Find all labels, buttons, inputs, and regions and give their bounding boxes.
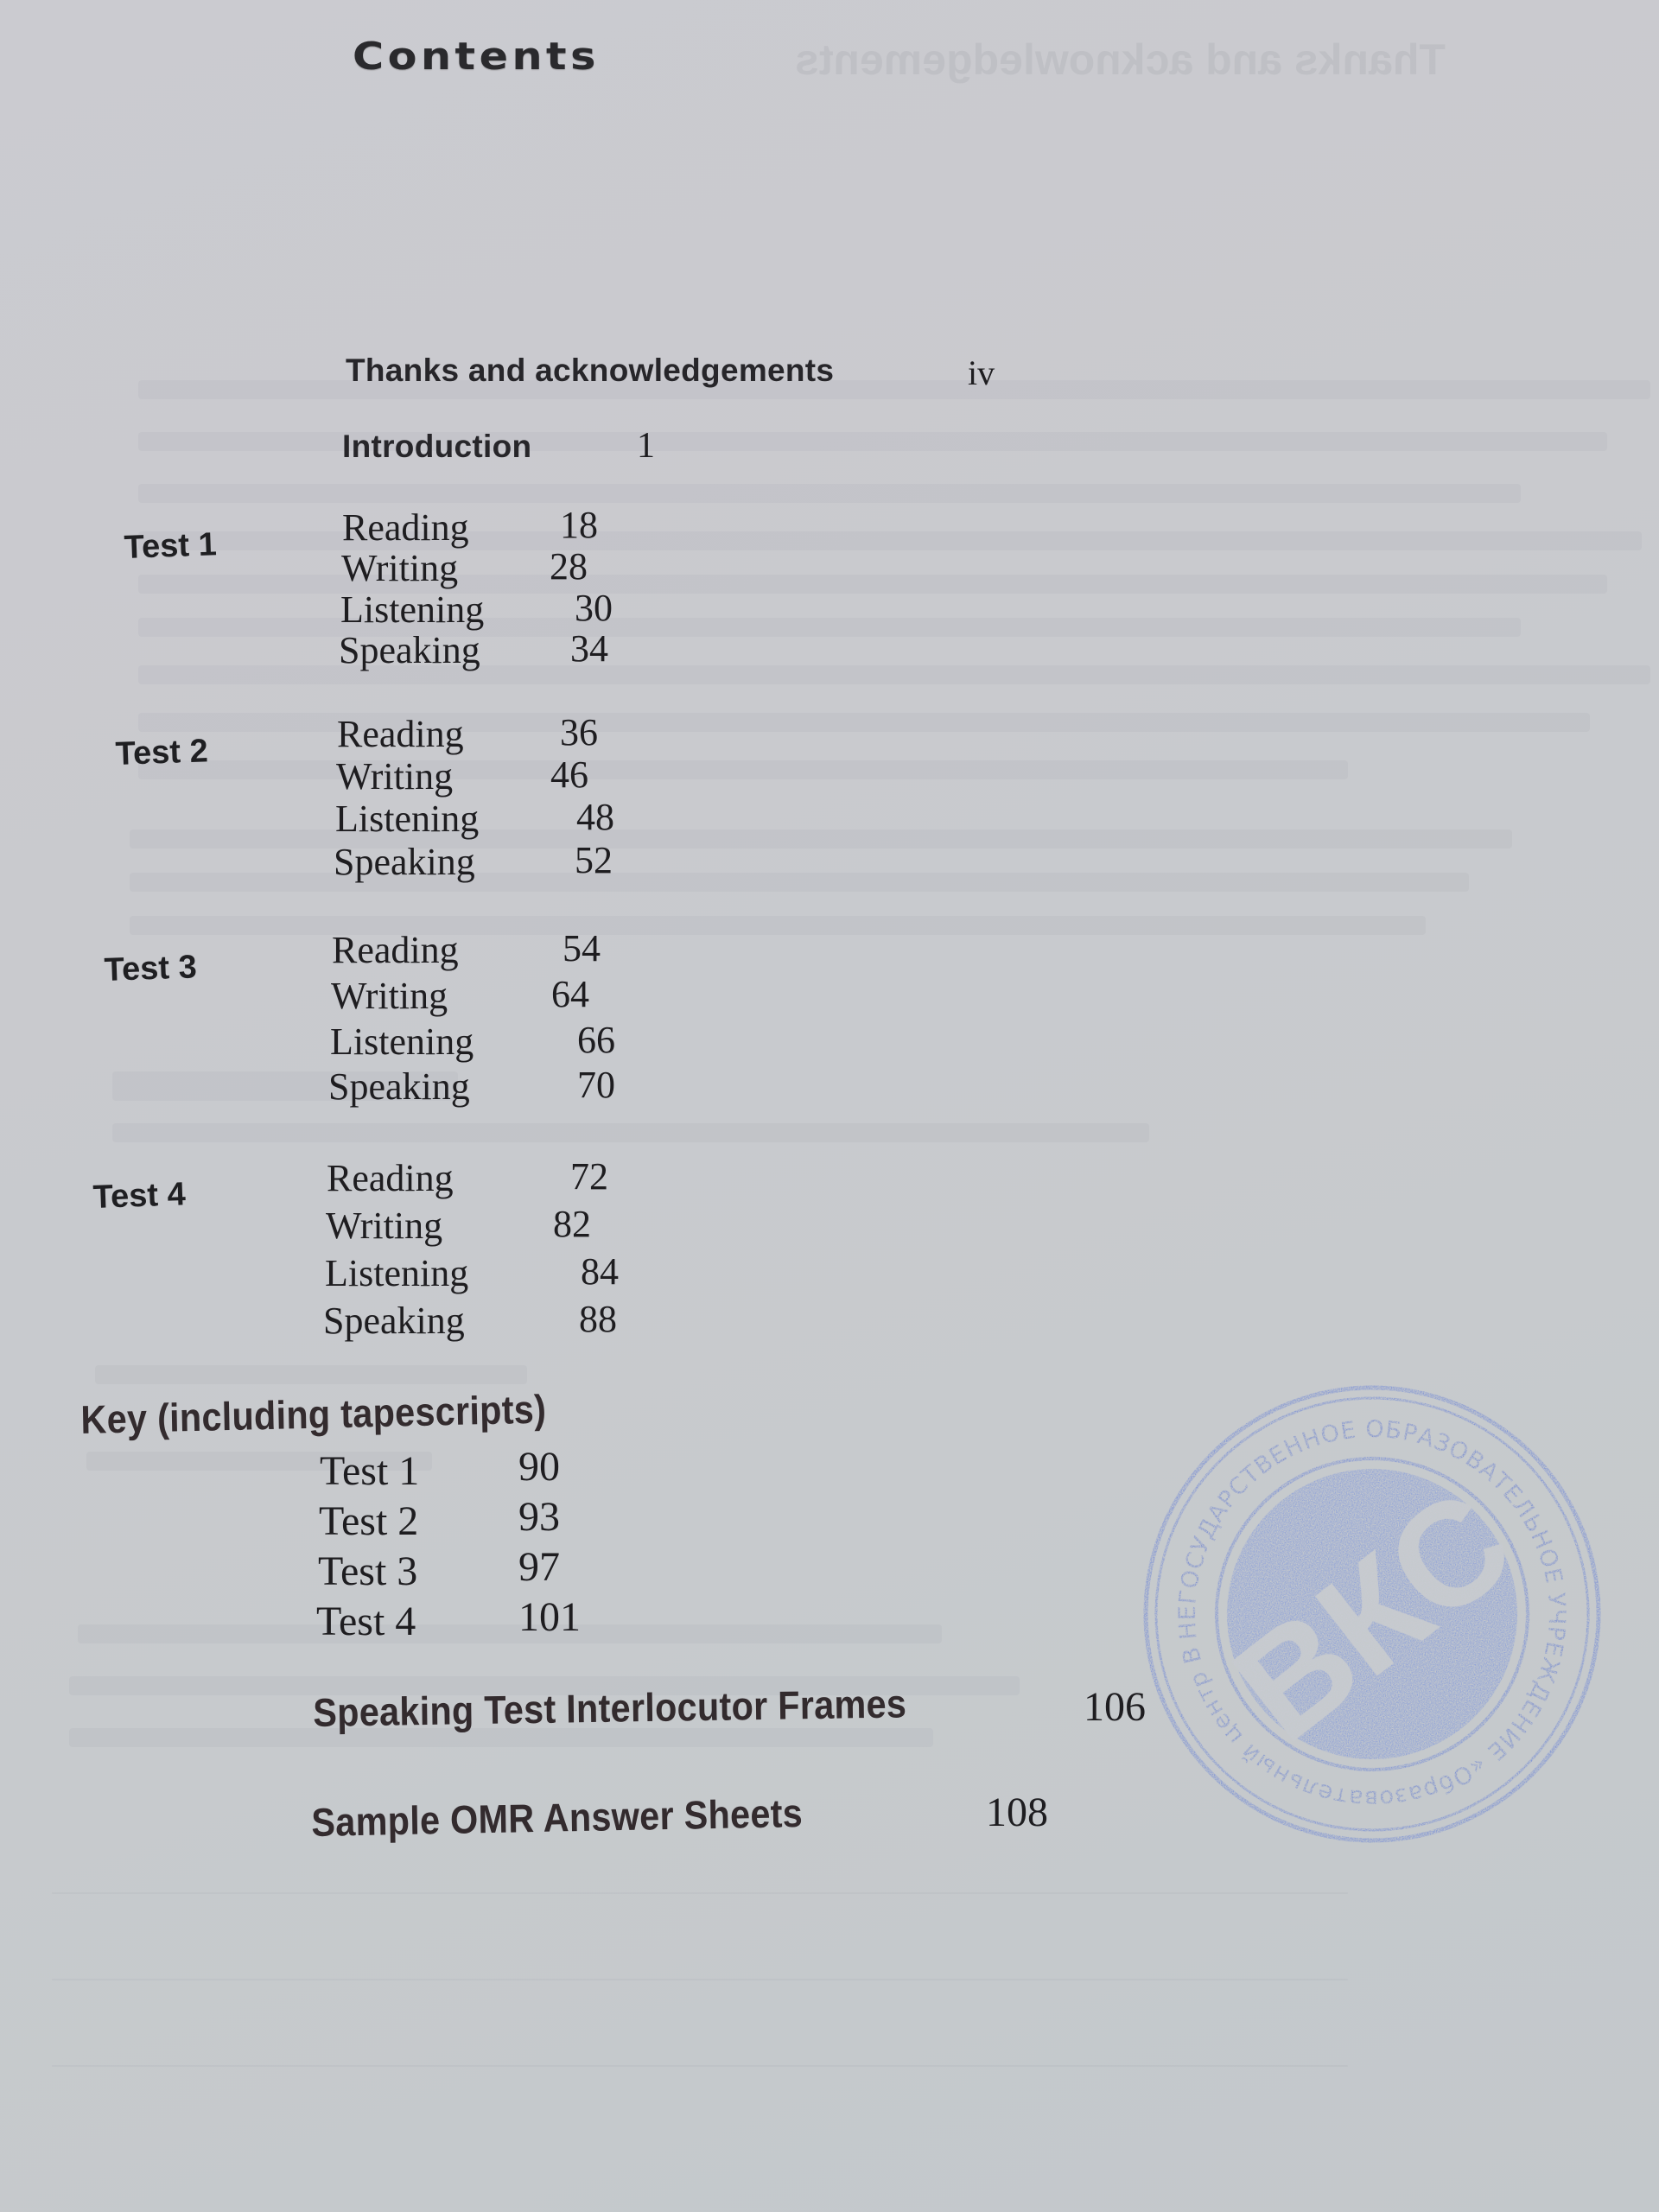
toc-entry-label: Introduction bbox=[342, 429, 531, 465]
key-page: 101 bbox=[518, 1593, 581, 1641]
institution-stamp: НЕГОСУДАРСТВЕННОЕ ОБРАЗОВАТЕЛЬНОЕ УЧРЕЖД… bbox=[1139, 1381, 1605, 1847]
test-label: Test 2 bbox=[115, 733, 208, 773]
section-page: 34 bbox=[570, 626, 608, 671]
toc-entry-label: Thanks and acknowledgements bbox=[346, 353, 834, 389]
test-label: Test 3 bbox=[104, 949, 197, 989]
test-label: Test 1 bbox=[124, 526, 217, 567]
section-page: 88 bbox=[579, 1297, 617, 1341]
section-label: Reading bbox=[337, 712, 464, 756]
key-label: Test 4 bbox=[316, 1598, 416, 1645]
section-label: Reading bbox=[342, 505, 469, 550]
page-title: Contents bbox=[353, 35, 600, 79]
toc-entry-page: iv bbox=[968, 353, 995, 393]
key-label: Test 2 bbox=[319, 1497, 418, 1545]
section-label: Writing bbox=[341, 546, 458, 590]
key-page: 93 bbox=[518, 1493, 560, 1541]
section-label: Writing bbox=[336, 754, 453, 798]
key-heading[interactable]: Key (including tapescripts) bbox=[80, 1385, 547, 1443]
section-label: Listening bbox=[340, 588, 484, 632]
section-page: 28 bbox=[550, 544, 588, 588]
toc-entry-label: Speaking Test Interlocutor Frames bbox=[313, 1680, 906, 1736]
section-page: 54 bbox=[563, 926, 601, 970]
key-page: 97 bbox=[518, 1543, 560, 1591]
section-page: 36 bbox=[560, 710, 598, 754]
toc-entry-page: 108 bbox=[986, 1789, 1048, 1836]
section-label: Listening bbox=[335, 797, 479, 841]
section-label: Speaking bbox=[323, 1299, 465, 1343]
section-label: Speaking bbox=[334, 840, 475, 884]
section-page: 46 bbox=[550, 753, 588, 797]
section-page: 30 bbox=[575, 586, 613, 630]
section-label: Listening bbox=[330, 1020, 474, 1064]
bleed-through-heading: Thanks and acknowledgements bbox=[795, 35, 1446, 85]
section-label: Writing bbox=[326, 1204, 442, 1248]
section-page: 48 bbox=[576, 795, 614, 839]
section-page: 66 bbox=[577, 1018, 615, 1062]
section-page: 18 bbox=[560, 503, 598, 547]
toc-entry-page: 106 bbox=[1084, 1683, 1146, 1731]
section-page: 84 bbox=[581, 1249, 619, 1294]
section-page: 82 bbox=[553, 1202, 591, 1246]
test-label: Test 4 bbox=[92, 1176, 186, 1217]
section-page: 64 bbox=[551, 972, 589, 1016]
section-label: Speaking bbox=[328, 1065, 470, 1109]
key-page: 90 bbox=[518, 1443, 560, 1491]
section-label: Reading bbox=[332, 928, 459, 972]
toc-entry-label: Sample OMR Answer Sheets bbox=[311, 1789, 803, 1846]
stamp-seal-icon: НЕГОСУДАРСТВЕННОЕ ОБРАЗОВАТЕЛЬНОЕ УЧРЕЖД… bbox=[1139, 1381, 1605, 1847]
section-page: 72 bbox=[570, 1154, 608, 1198]
section-page: 52 bbox=[575, 838, 613, 882]
section-label: Reading bbox=[327, 1156, 454, 1200]
section-page: 70 bbox=[577, 1063, 615, 1107]
section-label: Listening bbox=[325, 1251, 468, 1295]
section-label: Speaking bbox=[339, 628, 480, 672]
section-label: Writing bbox=[331, 974, 448, 1018]
key-label: Test 3 bbox=[318, 1548, 417, 1595]
toc-entry-page: 1 bbox=[637, 425, 655, 467]
key-label: Test 1 bbox=[320, 1447, 419, 1495]
